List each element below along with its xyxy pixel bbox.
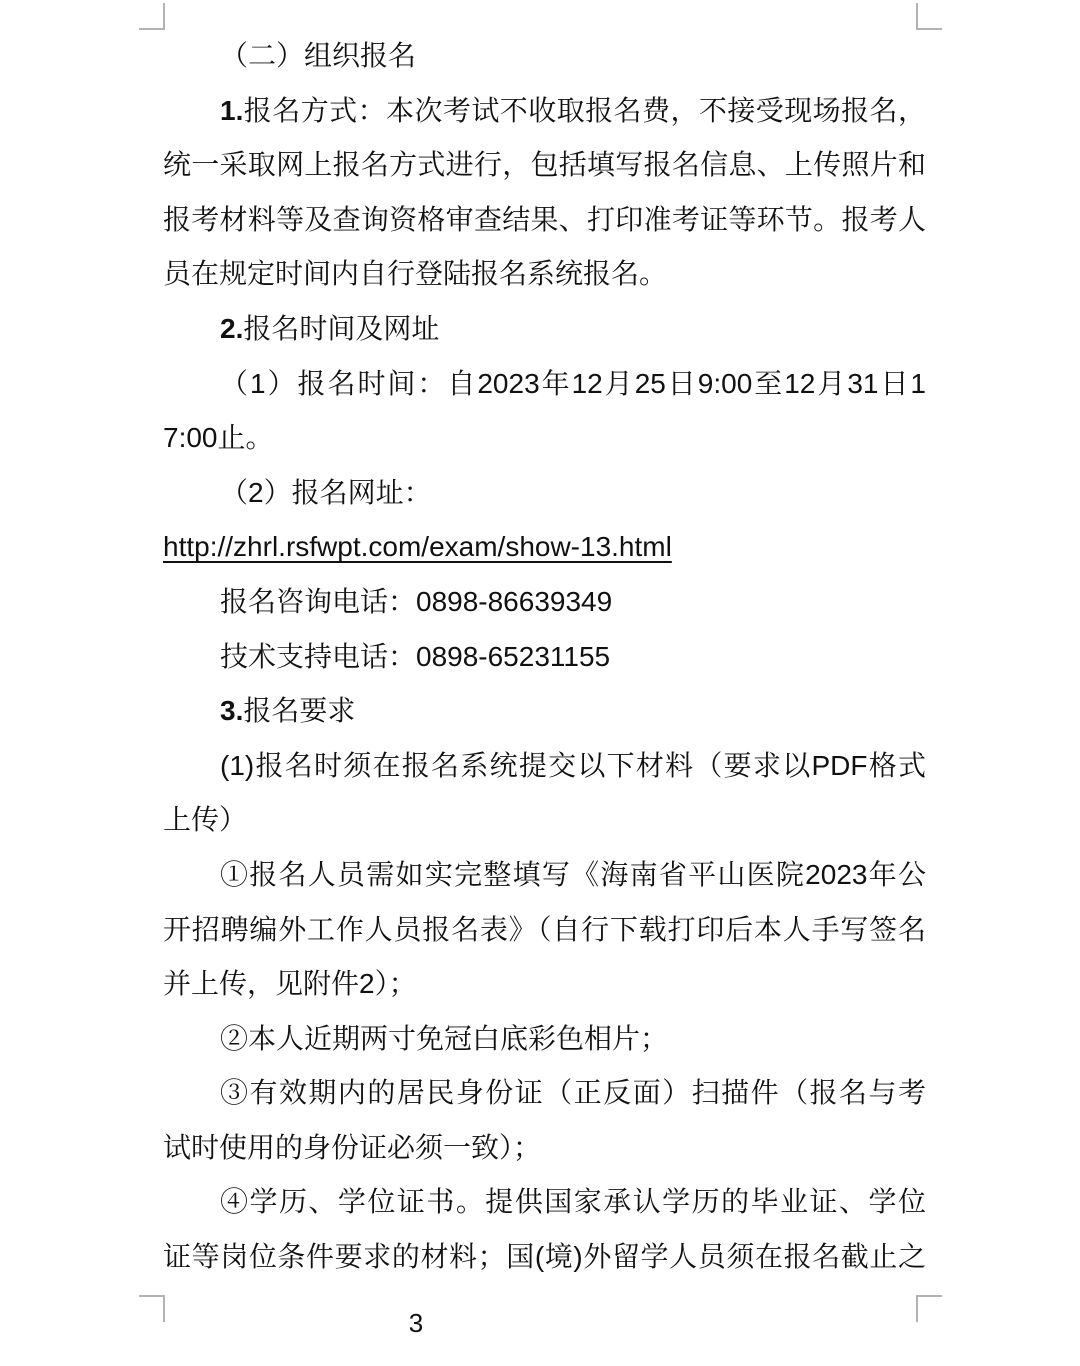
list-number: 3. [220, 695, 243, 726]
paragraph-line: 1.报名方式：本次考试不收取报名费，不接受现场报名， [163, 84, 926, 139]
paragraph-line: （2）报名网址： [163, 466, 926, 521]
paragraph-line: 证等岗位条件要求的材料；国(境)外留学人员须在报名截止之 [163, 1230, 926, 1285]
document-page: { "page": { "number": "3", "background_c… [0, 0, 1080, 1366]
phone-line-consult: 报名咨询电话：0898-86639349 [163, 575, 926, 630]
subsection-heading: 3.报名要求 [163, 684, 926, 739]
paragraph-line: 试时使用的身份证必须一致）； [163, 1121, 926, 1176]
page-number: 3 [392, 1308, 440, 1338]
margin-corner-mark-top-right [916, 3, 942, 30]
paragraph-line: 并上传，见附件2）； [163, 957, 926, 1012]
paragraph-line: ②本人近期两寸免冠白底彩色相片； [163, 1012, 926, 1067]
paragraph-line: 报考材料等及查询资格审查结果、打印准考证等环节。报考人 [163, 193, 926, 248]
document-body: （二）组织报名 1.报名方式：本次考试不收取报名费，不接受现场报名， 统一采取网… [163, 29, 926, 1285]
margin-corner-mark-top-left [139, 3, 165, 30]
paragraph-text: 报名方式：本次考试不收取报名费，不接受现场报名， [243, 95, 926, 126]
list-number: 1. [220, 95, 243, 126]
phone-line-support: 技术支持电话：0898-65231155 [163, 630, 926, 685]
heading-text: 报名要求 [243, 695, 355, 726]
paragraph-line: （1）报名时间：自2023年12月25日9:00至12月31日1 [163, 357, 926, 412]
paragraph-line: 7:00止。 [163, 411, 926, 466]
paragraph-line: 开招聘编外工作人员报名表》（自行下载打印后本人手写签名 [163, 903, 926, 958]
registration-url-link[interactable]: http://zhrl.rsfwpt.com/exam/show-13.html [163, 520, 926, 575]
list-number: 2. [220, 313, 243, 344]
paragraph-line: ③有效期内的居民身份证（正反面）扫描件（报名与考 [163, 1066, 926, 1121]
margin-corner-mark-bottom-left [139, 1295, 165, 1322]
paragraph-line: ①报名人员需如实完整填写《海南省平山医院2023年公 [163, 848, 926, 903]
paragraph-line: (1)报名时须在报名系统提交以下材料（要求以PDF格式 [163, 739, 926, 794]
margin-corner-mark-bottom-right [916, 1295, 942, 1322]
section-heading: （二）组织报名 [163, 29, 926, 84]
paragraph-line: 上传） [163, 793, 926, 848]
subsection-heading: 2.报名时间及网址 [163, 302, 926, 357]
paragraph-line: 统一采取网上报名方式进行，包括填写报名信息、上传照片和 [163, 138, 926, 193]
paragraph-line: ④学历、学位证书。提供国家承认学历的毕业证、学位 [163, 1175, 926, 1230]
paragraph-line: 员在规定时间内自行登陆报名系统报名。 [163, 247, 926, 302]
heading-text: 报名时间及网址 [243, 313, 439, 344]
